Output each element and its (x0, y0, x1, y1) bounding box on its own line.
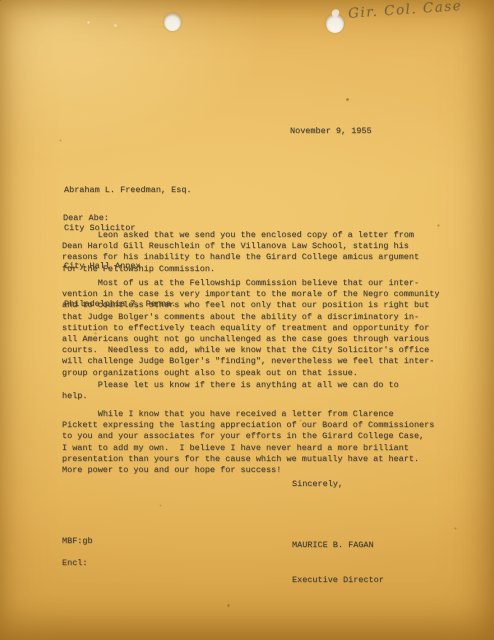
paper-texture-specks (0, 0, 1, 1)
punch-hole-left (164, 13, 181, 31)
signer-name: MAURICE B. FAGAN (292, 540, 384, 552)
complimentary-closing: Sincerely, (292, 479, 343, 490)
letter-date: November 9, 1955 (290, 126, 372, 137)
enclosure-notation: Encl: (62, 558, 88, 569)
recipient-name: Abraham L. Freedman, Esq. (64, 184, 192, 197)
scanned-letter-page: Gir. Col. Case November 9, 1955 Abraham … (0, 0, 494, 640)
punch-hole-right (326, 14, 344, 33)
body-paragraph-4: While I know that you have received a le… (62, 409, 474, 476)
reference-initials: MBF:gb (62, 536, 93, 547)
body-paragraph-3: Please let us know if there is anything … (62, 380, 474, 402)
body-paragraph-2: Most of us at the Fellowship Commission … (62, 278, 474, 379)
salutation: Dear Abe: (63, 213, 109, 224)
signer-title: Executive Director (292, 575, 384, 587)
body-paragraph-1: Leon asked that we send you the enclosed… (62, 230, 474, 275)
signature-block: MAURICE B. FAGAN Executive Director (292, 516, 384, 610)
handwritten-annotation: Gir. Col. Case (348, 0, 489, 22)
